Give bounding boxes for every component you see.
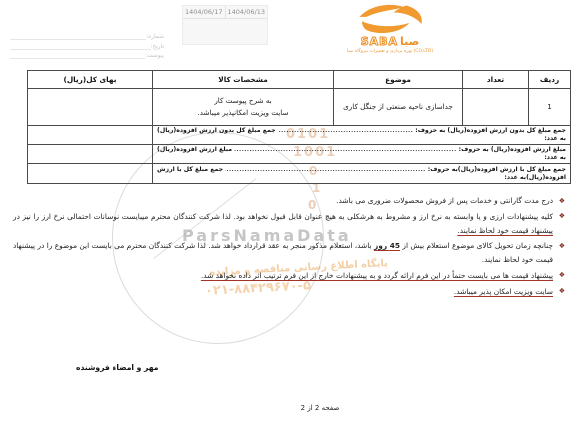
note-text-segment: چنانچه زمان تحویل کالای موضوع استعلام بی… [400, 241, 553, 250]
header-cell-quantity: تعداد [462, 71, 528, 88]
items-table: ردیف تعداد موضوع مشخصات کالا بهای کل(ریا… [27, 70, 571, 184]
summary-amount-cell [28, 126, 152, 144]
document-page: ParsNamaData پایگاه اطلاع رسانی مناقصه و… [0, 0, 576, 438]
ref-label-attachment: پیوست: [145, 53, 164, 59]
note-text-segment: سایت ویزیت امکان پذیر میباشد. [454, 287, 553, 296]
note-bullet-icon: ❖ [559, 269, 565, 283]
note-text-segment: پیشنهاد قیمت ها می بایست حتماً در این فر… [201, 271, 553, 280]
logo-persian-text: صبا [400, 35, 419, 48]
cell-specs-line1: به شرح پیوست کار [214, 95, 271, 107]
summary-row-total-with-vat: جمع مبلغ کل با ارزش افزوده(ریال)به حروف:… [28, 164, 570, 183]
summary-row-total-without-vat: جمع مبلغ کل بدون ارزش افزوده(ریال) به حر… [28, 126, 570, 145]
cell-specs-line2: سایت ویزیت امکانپذیر میباشد. [198, 107, 289, 119]
note-item: ❖پیشنهاد قیمت ها می بایست حتماً در این ف… [13, 269, 565, 283]
logo-swirl-icon [350, 2, 430, 37]
ref-blank-line [10, 33, 146, 40]
summary-row-vat: مبلغ ارزش افزوده(ریال) به حروف: ........… [28, 145, 570, 164]
ref-label-date: تاریخ: [151, 44, 165, 50]
note-bullet-icon: ❖ [559, 195, 565, 209]
summary-label-cell: جمع مبلغ کل با ارزش افزوده(ریال)به حروف:… [152, 164, 570, 183]
ref-row-attachment: پیوست: [8, 50, 164, 59]
logo-tagline: بهره برداری و تعمیرات نیروگاه صبا (CO.LT… [338, 49, 442, 54]
table-header-row: ردیف تعداد موضوع مشخصات کالا بهای کل(ریا… [28, 71, 570, 89]
summary-label-numeric: به عدد: [157, 154, 566, 162]
note-text-segment: کلیه پیشنهادات ارزی و یا وابسته به نرخ ا… [13, 212, 553, 221]
notes-list: ❖درج مدت گارانتی و خدمات پس از فروش محصو… [13, 194, 565, 301]
date-panel: 1404/06/17 1404/06/13 [182, 5, 268, 45]
ref-row-number: شماره: [8, 31, 164, 40]
header-cell-total-price: بهای کل(ریال) [28, 71, 152, 88]
note-item: ❖چنانچه زمان تحویل کالای موضوع استعلام ب… [13, 239, 565, 267]
note-text-segment: پیشنهاد قیمت خود لحاظ نمایند. [457, 226, 553, 235]
header-cell-specs: مشخصات کالا [152, 71, 333, 88]
summary-label-numeric: افزوده(ریال)به عدد: [157, 174, 566, 182]
note-item: ❖درج مدت گارانتی و خدمات پس از فروش محصو… [13, 194, 565, 208]
cell-total-price [28, 89, 152, 125]
note-text-segment: 45 روز [374, 241, 400, 250]
dotted-leader: ........................................… [225, 166, 426, 174]
summary-label-words: مبلغ ارزش افزوده(ریال) به حروف: [459, 146, 566, 154]
header-cell-subject: موضوع [333, 71, 462, 88]
ref-blank-line [10, 43, 151, 50]
page-number: صفحه 2 از 2 [283, 404, 357, 412]
summary-label-words: جمع مبلغ کل با ارزش افزوده(ریال)به حروف: [428, 166, 566, 174]
summary-label-words: جمع مبلغ کل بدون ارزش افزوده(ریال) به حر… [415, 127, 566, 135]
seller-seal-label: مهر و امضاء فروشنده [76, 363, 158, 372]
summary-amount-cell [28, 164, 152, 183]
note-bullet-icon: ❖ [559, 210, 565, 224]
ref-blank-line [10, 52, 145, 59]
ref-row-date: تاریخ: [8, 41, 164, 50]
logo-wordmark: SABA صبا [338, 35, 442, 48]
note-item: ❖سایت ویزیت امکان پذیر میباشد. [13, 285, 565, 299]
note-text-segment: درج مدت گارانتی و خدمات پس از فروش محصول… [336, 196, 553, 205]
summary-amount-cell [28, 145, 152, 163]
note-bullet-icon: ❖ [559, 240, 565, 254]
cell-specs: به شرح پیوست کار سایت ویزیت امکانپذیر می… [152, 89, 333, 125]
summary-label-cell: مبلغ ارزش افزوده(ریال) به حروف: ........… [152, 145, 570, 163]
ref-label-number: شماره: [146, 34, 164, 40]
cell-quantity [462, 89, 528, 125]
date-value-1: 1404/06/17 [183, 6, 226, 18]
summary-label-repeat: جمع مبلغ کل با ارزش [157, 166, 223, 174]
logo-latin-text: SABA [361, 35, 398, 48]
summary-label-numeric: به عدد: [157, 135, 566, 143]
cell-row-number: 1 [528, 89, 570, 125]
summary-label-repeat: جمع مبلغ کل بدون ارزش افزوده(ریال) [157, 127, 276, 135]
dotted-leader: ........................................… [278, 127, 414, 135]
dotted-leader: ........................................… [234, 146, 457, 154]
ref-fields: شماره: تاریخ: پیوست: [8, 31, 164, 60]
summary-label-cell: جمع مبلغ کل بدون ارزش افزوده(ریال) به حر… [152, 126, 570, 144]
company-logo: SABA صبا بهره برداری و تعمیرات نیروگاه ص… [338, 2, 442, 54]
date-value-2: 1404/06/13 [226, 6, 268, 18]
note-bullet-icon: ❖ [559, 285, 565, 299]
table-row: 1 جداسازی ناحیه صنعتی از جنگل کاری به شر… [28, 89, 570, 126]
header-cell-row-number: ردیف [528, 71, 570, 88]
note-item: ❖کلیه پیشنهادات ارزی و یا وابسته به نرخ … [13, 210, 565, 238]
cell-subject: جداسازی ناحیه صنعتی از جنگل کاری [333, 89, 462, 125]
summary-label-repeat: مبلغ ارزش افزوده(ریال) [157, 146, 232, 154]
date-row: 1404/06/17 1404/06/13 [183, 6, 267, 19]
